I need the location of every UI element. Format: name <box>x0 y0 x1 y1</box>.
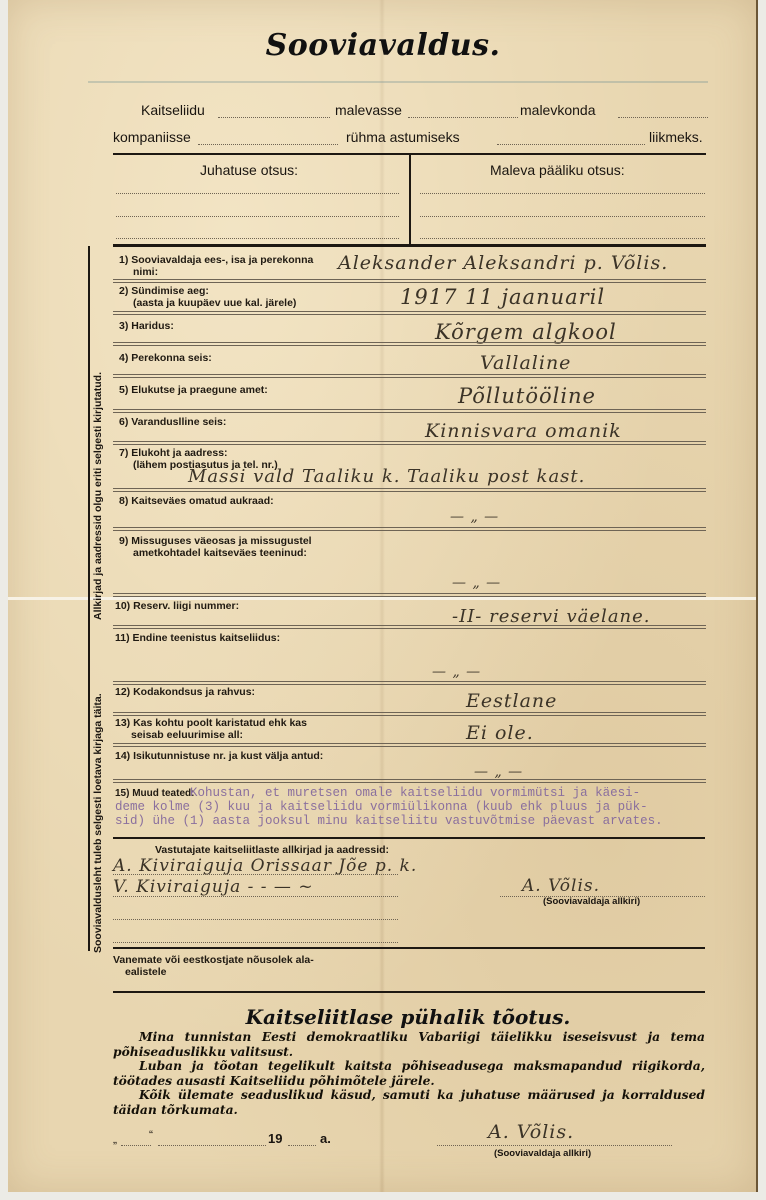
oath-paragraph-1: Mina tunnistan Eesti demokraatliku Vabar… <box>113 1030 705 1059</box>
field-kompaniisse[interactable] <box>198 144 338 145</box>
field-maleva-otsus-2[interactable] <box>420 216 705 217</box>
field-maleva-otsus-1[interactable] <box>420 193 705 194</box>
guarantor-line-1[interactable]: A. Kiviraiguja Orissaar Jõe p. k. <box>113 856 417 876</box>
oath-paragraph-3: Kõik ülemate seaduslikud käsud, samuti k… <box>113 1088 705 1117</box>
item-8-value[interactable]: — „ — <box>450 509 499 525</box>
date-close-quote: “ <box>149 1128 153 1142</box>
item-8-label: 8) Kaitseväes omatud aukraad: <box>119 495 274 507</box>
vertical-instruction-2: Allkirjad ja aadressid olgu eriti selges… <box>92 372 104 620</box>
divider <box>113 593 706 597</box>
vertical-instruction-1: Sooviavaldusleht tuleb selgesti loetava … <box>92 693 104 953</box>
item-6-value[interactable]: Kinnisvara omanik <box>425 420 622 442</box>
label-maleva-paaliku-otsus: Maleva pääliku otsus: <box>490 162 625 178</box>
label-malevasse: malevasse <box>335 102 402 118</box>
item-9-label: 9) Missuguses väeosas ja missugustelamet… <box>119 535 312 559</box>
item-14-label: 14) Isikutunnistuse nr. ja kust välja an… <box>115 750 323 762</box>
footer-signature[interactable]: A. Võlis. <box>488 1121 574 1143</box>
divider <box>113 527 706 531</box>
oath-title: Kaitseliitlase pühalik tõotus. <box>0 1005 766 1029</box>
item-2-label: 2) Sündimise aeg:(aasta ja kuupäev uue k… <box>119 285 296 309</box>
label-juhatuse-otsus: Juhatuse otsus: <box>200 162 298 178</box>
label-ruhma: rühma astumiseks <box>346 129 460 145</box>
field-footer-signature[interactable] <box>437 1145 672 1146</box>
item-11-value[interactable]: — „ — <box>432 664 481 680</box>
field-juhatuse-otsus-2[interactable] <box>116 216 399 217</box>
field-kaitseliidu[interactable] <box>218 117 330 118</box>
divider <box>113 947 705 949</box>
field-guarantor-2[interactable] <box>113 896 398 897</box>
field-juhatuse-otsus-3[interactable] <box>116 238 399 239</box>
item-13-value[interactable]: Ei ole. <box>466 722 534 744</box>
item-5-label: 5) Elukutse ja praegune amet: <box>119 384 268 396</box>
item-6-label: 6) Varanduslline seis: <box>119 416 226 428</box>
field-malevkonda[interactable] <box>618 117 708 118</box>
divider <box>113 625 706 629</box>
divider <box>113 712 706 716</box>
item-3-value[interactable]: Kõrgem algkool <box>435 320 617 344</box>
label-kompaniisse: kompaniisse <box>113 129 191 145</box>
label-kaitseliidu: Kaitseliidu <box>141 102 205 118</box>
field-juhatuse-otsus-1[interactable] <box>116 193 399 194</box>
field-guarantor-4[interactable] <box>113 942 398 943</box>
divider <box>113 409 706 413</box>
item-11-label: 11) Endine teenistus kaitseliidus: <box>115 632 280 644</box>
item-12-value[interactable]: Eestlane <box>466 690 557 712</box>
field-date-month[interactable] <box>158 1145 266 1146</box>
parents-consent-label: Vanemate või eestkostjate nõusolek ala-e… <box>113 954 314 978</box>
item-9-value[interactable]: — „ — <box>452 575 501 591</box>
divider <box>113 342 706 346</box>
footer-signature-caption: (Sooviavaldaja allkiri) <box>494 1148 591 1159</box>
item-7-value[interactable]: Massi vald Taaliku k. Taaliku post kast. <box>188 466 585 487</box>
item-12-label: 12) Kodakondsus ja rahvus: <box>115 686 255 698</box>
item-14-value[interactable]: — „ — <box>474 764 523 780</box>
oath-body: Mina tunnistan Eesti demokraatliku Vabar… <box>113 1030 705 1117</box>
divider <box>113 441 706 445</box>
divider <box>113 779 706 783</box>
item-4-value[interactable]: Vallaline <box>480 352 571 374</box>
oath-paragraph-2: Luban ja tõotan tegelikult kaitsta põhis… <box>113 1059 705 1088</box>
item-15-typed-line-2[interactable]: deme kolme (3) kuu ja kaitseliidu vormiü… <box>115 800 648 814</box>
divider-vertical <box>409 155 411 244</box>
margin-rule <box>88 246 90 951</box>
item-1-label: 1) Sooviavaldaja ees-, isa ja perekonnan… <box>119 254 313 278</box>
divider <box>113 743 706 747</box>
field-guarantor-3[interactable] <box>113 919 398 920</box>
divider <box>113 311 706 315</box>
field-date-day[interactable] <box>121 1145 151 1146</box>
ghost-line <box>88 81 708 83</box>
item-3-label: 3) Haridus: <box>119 320 174 332</box>
applicant-signature-caption: (Sooviavaldaja allkiri) <box>543 896 640 907</box>
label-malevkonda: malevkonda <box>520 102 596 118</box>
page-title: Sooviavaldus. <box>0 28 766 63</box>
divider <box>113 991 705 993</box>
divider <box>113 837 705 839</box>
item-15-label: 15) Muud teated: <box>115 788 194 800</box>
guarantors-label: Vastutajate kaitseliitlaste allkirjad ja… <box>155 844 389 856</box>
field-maleva-otsus-3[interactable] <box>420 238 705 239</box>
applicant-signature[interactable]: A. Võlis. <box>522 876 600 896</box>
divider <box>113 374 706 378</box>
item-5-value[interactable]: Põllutööline <box>458 384 596 408</box>
field-ruhma[interactable] <box>497 144 645 145</box>
item-1-value[interactable]: Aleksander Aleksandri p. Võlis. <box>338 252 668 274</box>
divider <box>113 279 706 283</box>
item-13-label: 13) Kas kohtu poolt karistatud ehk kasse… <box>115 717 307 741</box>
item-2-value[interactable]: 1917 11 jaanuaril <box>400 285 605 309</box>
divider <box>113 244 706 247</box>
item-15-typed-line-1[interactable]: Kohustan, et muretsen omale kaitseliidu … <box>190 786 640 800</box>
date-year-suffix: a. <box>320 1131 331 1146</box>
item-10-label: 10) Reserv. liigi nummer: <box>115 600 239 612</box>
date-open-quote: „ <box>113 1132 117 1146</box>
divider <box>113 681 706 685</box>
field-guarantor-1[interactable] <box>113 874 398 875</box>
guarantor-line-2[interactable]: V. Kiviraiguja - - — ~ <box>113 877 314 897</box>
item-10-value[interactable]: -II- reservi väelane. <box>452 606 651 627</box>
item-15-typed-line-3[interactable]: sid) ühe (1) aasta jooksul minu kaitseli… <box>115 814 663 828</box>
divider <box>113 488 706 492</box>
item-4-label: 4) Perekonna seis: <box>119 352 212 364</box>
label-liikmeks: liikmeks. <box>649 129 703 145</box>
field-date-year[interactable] <box>288 1145 316 1146</box>
field-malevasse[interactable] <box>408 117 518 118</box>
date-year-prefix: 19 <box>268 1131 282 1146</box>
